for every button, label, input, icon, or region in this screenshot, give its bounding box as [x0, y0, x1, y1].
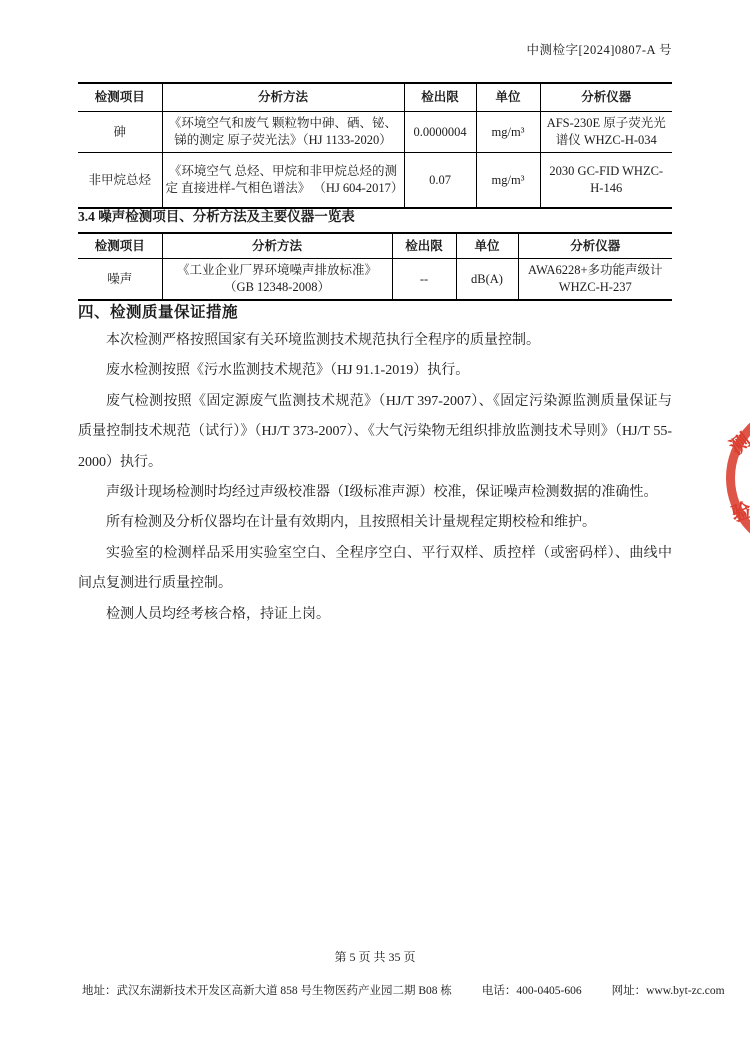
cell-instrument: 2030 GC-FID WHZC-H-146	[540, 153, 672, 209]
cell-method: 《环境空气和废气 颗粒物中砷、硒、铋、锑的测定 原子荧光法》（HJ 1133-2…	[162, 112, 404, 153]
col-header-instrument: 分析仪器	[540, 83, 672, 112]
paragraph: 实验室的检测样品采用实验室空白、全程序空白、平行双样、质控样（或密码样）、曲线中…	[78, 539, 672, 600]
table-row: 噪声 《工业企业厂界环境噪声排放标准》 （GB 12348-2008） -- d…	[78, 259, 672, 301]
cell-instrument: AFS-230E 原子荧光光谱仪 WHZC-H-034	[540, 112, 672, 153]
col-header-item: 检测项目	[78, 83, 162, 112]
col-header-item: 检测项目	[78, 233, 162, 259]
cell-method: 《环境空气 总烃、甲烷和非甲烷总烃的测定 直接进样-气相色谱法》 （HJ 604…	[162, 153, 404, 209]
footer-contact-line: 地址：武汉东湖新技术开发区高新大道 858 号生物医药产业园二期 B08 栋 电…	[82, 982, 700, 998]
section-3-4-heading: 3.4 噪声检测项目、分析方法及主要仪器一览表	[78, 205, 355, 225]
paragraph: 废水检测按照《污水监测技术规范》（HJ 91.1-2019）执行。	[78, 356, 672, 386]
red-seal-partial: 测 验	[716, 398, 750, 562]
table-header-row: 检测项目 分析方法 检出限 单位 分析仪器	[78, 233, 672, 259]
cell-method: 《工业企业厂界环境噪声排放标准》 （GB 12348-2008）	[162, 259, 392, 301]
footer-address: 地址：武汉东湖新技术开发区高新大道 858 号生物医药产业园二期 B08 栋	[82, 982, 452, 998]
paragraph: 所有检测及分析仪器均在计量有效期内，且按照相关计量规程定期校检和维护。	[78, 508, 672, 538]
col-header-unit: 单位	[456, 233, 518, 259]
cell-item: 非甲烷总烃	[78, 153, 162, 209]
seal-ring	[726, 402, 750, 554]
paragraph: 声级计现场检测时均经过声级校准器（Ⅰ级标准声源）校准，保证噪声检测数据的准确性。	[78, 478, 672, 508]
section-4-heading: 四、检测质量保证措施	[78, 300, 238, 322]
cell-unit: mg/m³	[476, 112, 540, 153]
report-page: 中测检字[2024]0807-A 号 检测项目 分析方法 检出限 单位 分析仪器…	[0, 0, 750, 1060]
seal-character: 验	[727, 494, 750, 528]
cell-limit: 0.07	[404, 153, 476, 209]
cell-item: 砷	[78, 112, 162, 153]
cell-limit: --	[392, 259, 456, 301]
paragraph: 本次检测严格按照国家有关环境监测技术规范执行全程序的质量控制。	[78, 326, 672, 356]
page-number: 第 5 页 共 35 页	[0, 948, 750, 965]
quality-assurance-text: 本次检测严格按照国家有关环境监测技术规范执行全程序的质量控制。 废水检测按照《污…	[78, 326, 672, 630]
table-row: 非甲烷总烃 《环境空气 总烃、甲烷和非甲烷总烃的测定 直接进样-气相色谱法》 （…	[78, 153, 672, 209]
col-header-method: 分析方法	[162, 83, 404, 112]
analysis-methods-table: 检测项目 分析方法 检出限 单位 分析仪器 砷 《环境空气和废气 颗粒物中砷、硒…	[78, 82, 672, 209]
paragraph: 废气检测按照《固定源废气监测技术规范》（HJ/T 397-2007）、《固定污染…	[78, 387, 672, 478]
col-header-limit: 检出限	[392, 233, 456, 259]
paragraph: 检测人员均经考核合格，持证上岗。	[78, 600, 672, 630]
seal-character: 测	[722, 425, 750, 460]
footer-website: 网址：www.byt-zc.com	[612, 982, 725, 998]
col-header-limit: 检出限	[404, 83, 476, 112]
footer-phone: 电话：400-0405-606	[482, 982, 582, 998]
cell-unit: mg/m³	[476, 153, 540, 209]
cell-instrument: AWA6228+多功能声级计 WHZC-H-237	[518, 259, 672, 301]
table-row: 砷 《环境空气和废气 颗粒物中砷、硒、铋、锑的测定 原子荧光法》（HJ 1133…	[78, 112, 672, 153]
col-header-instrument: 分析仪器	[518, 233, 672, 259]
cell-item: 噪声	[78, 259, 162, 301]
table-header-row: 检测项目 分析方法 检出限 单位 分析仪器	[78, 83, 672, 112]
col-header-unit: 单位	[476, 83, 540, 112]
document-reference-number: 中测检字[2024]0807-A 号	[527, 40, 672, 58]
noise-methods-table: 检测项目 分析方法 检出限 单位 分析仪器 噪声 《工业企业厂界环境噪声排放标准…	[78, 232, 672, 301]
cell-limit: 0.0000004	[404, 112, 476, 153]
col-header-method: 分析方法	[162, 233, 392, 259]
cell-unit: dB(A)	[456, 259, 518, 301]
